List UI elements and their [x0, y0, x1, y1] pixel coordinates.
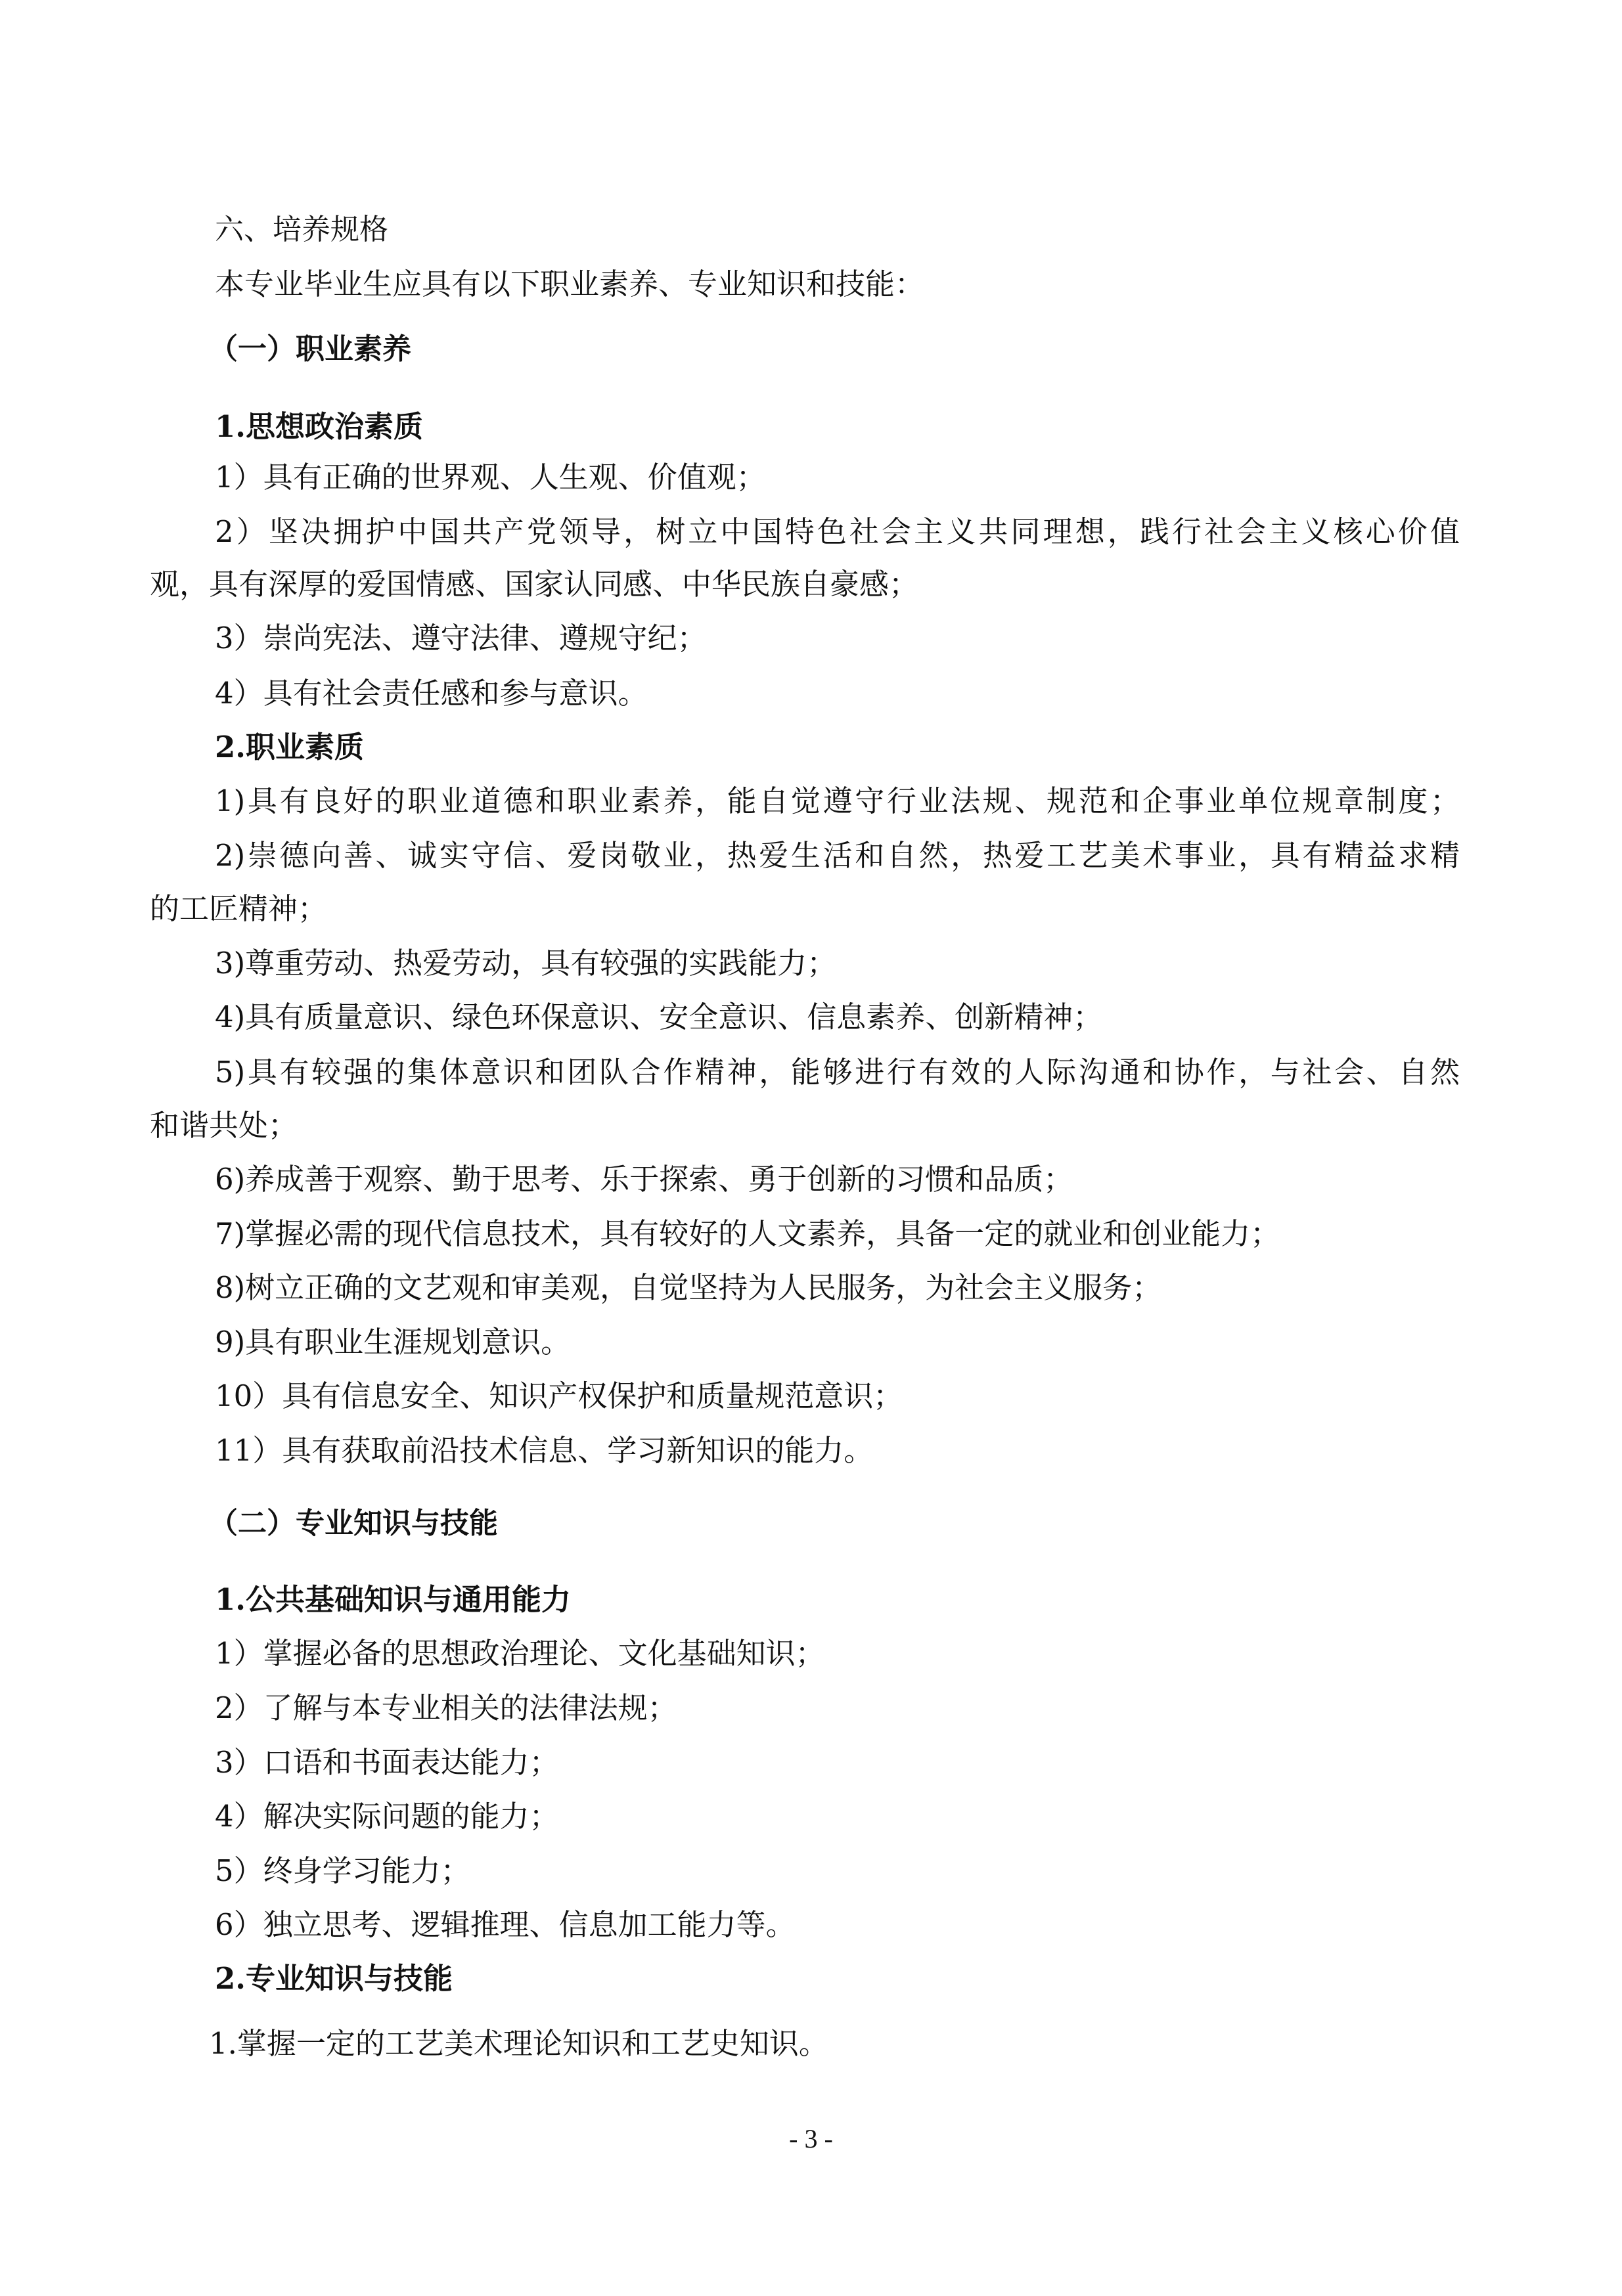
list-item: 4)具有质量意识、绿色环保意识、安全意识、信息素养、创新精神； [215, 994, 1102, 1040]
list-item: 2）了解与本专业相关的法律法规； [215, 1685, 677, 1731]
section-title: 六、培养规格 [215, 207, 388, 253]
list-item: 2)崇德向善、诚实守信、爱岗敬业，热爱生活和自然，热爱工艺美术事业，具有精益求精 [215, 833, 1460, 879]
page-number: - 3 - [0, 2123, 1622, 2155]
list-item: 1）掌握必备的思想政治理论、文化基础知识； [215, 1631, 825, 1677]
list-item: 3）口语和书面表达能力； [215, 1740, 559, 1786]
part1-heading: （一）职业素养 [209, 326, 411, 372]
document-page: 六、培养规格 本专业毕业生应具有以下职业素养、专业知识和技能： （一）职业素养 … [0, 0, 1622, 2296]
list-item: 1）具有正确的世界观、人生观、价值观； [215, 454, 766, 500]
list-item-continuation: 的工匠精神； [150, 886, 327, 932]
list-item: 6）独立思考、逻辑推理、信息加工能力等。 [215, 1902, 796, 1948]
list-item-continuation: 观，具有深厚的爱国情感、国家认同感、中华民族自豪感； [150, 562, 918, 607]
list-item: 7)掌握必需的现代信息技术，具有较好的人文素养，具备一定的就业和创业能力； [215, 1211, 1280, 1257]
list-item: 8)树立正确的文艺观和审美观，自觉坚持为人民服务，为社会主义服务； [215, 1265, 1161, 1311]
list-item: 3）崇尚宪法、遵守法律、遵规守纪； [215, 615, 707, 661]
part2-sub2-heading: 2.专业知识与技能 [215, 1956, 453, 2002]
list-item: 1.掌握一定的工艺美术理论知识和工艺史知识。 [209, 2021, 828, 2067]
part1-sub2-heading: 2.职业素质 [215, 724, 364, 770]
list-item: 5)具有较强的集体意识和团队合作精神，能够进行有效的人际沟通和协作，与社会、自然 [215, 1049, 1460, 1095]
list-item: 5）终身学习能力； [215, 1848, 470, 1894]
part1-sub1-heading: 1.思想政治素质 [215, 404, 423, 450]
list-item: 11）具有获取前沿技术信息、学习新知识的能力。 [215, 1428, 873, 1474]
intro-paragraph: 本专业毕业生应具有以下职业素养、专业知识和技能： [215, 261, 924, 307]
list-item: 1)具有良好的职业道德和职业素养，能自觉遵守行业法规、规范和企事业单位规章制度； [215, 778, 1460, 824]
list-item: 6)养成善于观察、勤于思考、乐于探索、勇于创新的习惯和品质； [215, 1157, 1073, 1203]
part2-heading: （二）专业知识与技能 [209, 1501, 498, 1547]
list-item: 3)尊重劳动、热爱劳动，具有较强的实践能力； [215, 940, 836, 986]
list-item: 4）具有社会责任感和参与意识。 [215, 671, 648, 717]
list-item-continuation: 和谐共处； [150, 1103, 298, 1149]
list-item: 10）具有信息安全、知识产权保护和质量规范意识； [215, 1373, 903, 1419]
part2-sub1-heading: 1.公共基础知识与通用能力 [215, 1577, 571, 1623]
list-item: 9)具有职业生涯规划意识。 [215, 1319, 570, 1365]
list-item: 4）解决实际问题的能力； [215, 1794, 559, 1840]
list-item: 2）坚决拥护中国共产党领导，树立中国特色社会主义共同理想，践行社会主义核心价值 [215, 509, 1460, 555]
